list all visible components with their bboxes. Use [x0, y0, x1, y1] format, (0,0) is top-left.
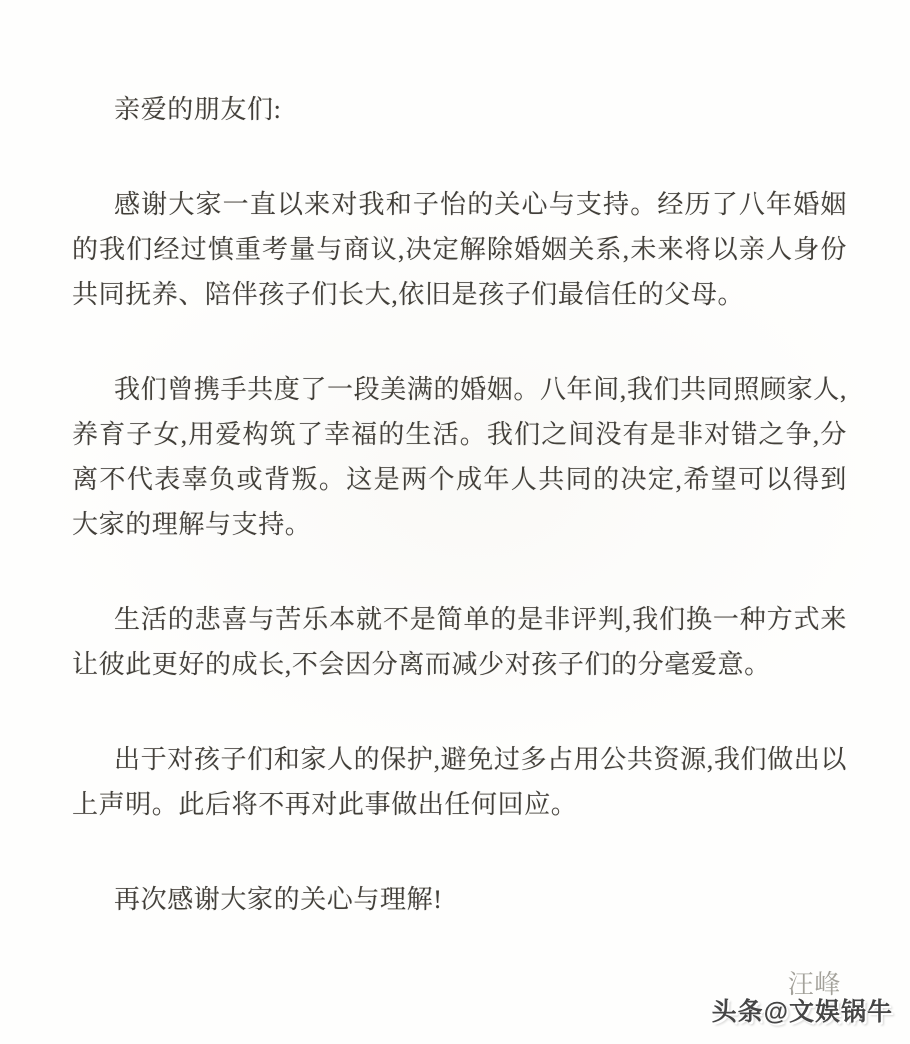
letter-closing: 再次感谢大家的关心与理解!	[72, 877, 847, 922]
letter-paragraph-2: 我们曾携手共度了一段美满的婚姻。八年间,我们共同照顾家人,养育子女,用爱构筑了幸…	[72, 367, 847, 547]
letter-paragraph-1: 感谢大家一直以来对我和子怡的关心与支持。经历了八年婚姻的我们经过慎重考量与商议,…	[72, 182, 847, 317]
letter-body: 亲爱的朋友们: 感谢大家一直以来对我和子怡的关心与支持。经历了八年婚姻的我们经过…	[72, 87, 847, 1007]
letter-greeting: 亲爱的朋友们:	[72, 87, 847, 132]
letter-paragraph-3: 生活的悲喜与苦乐本就不是简单的是非评判,我们换一种方式来让彼此更好的成长,不会因…	[72, 597, 847, 687]
letter-page: 亲爱的朋友们: 感谢大家一直以来对我和子怡的关心与支持。经历了八年婚姻的我们经过…	[0, 0, 910, 1044]
letter-paragraph-4: 出于对孩子们和家人的保护,避免过多占用公共资源,我们做出以上声明。此后将不再对此…	[72, 737, 847, 827]
toutiao-watermark: 头条@文娱锅牛	[712, 992, 893, 1028]
